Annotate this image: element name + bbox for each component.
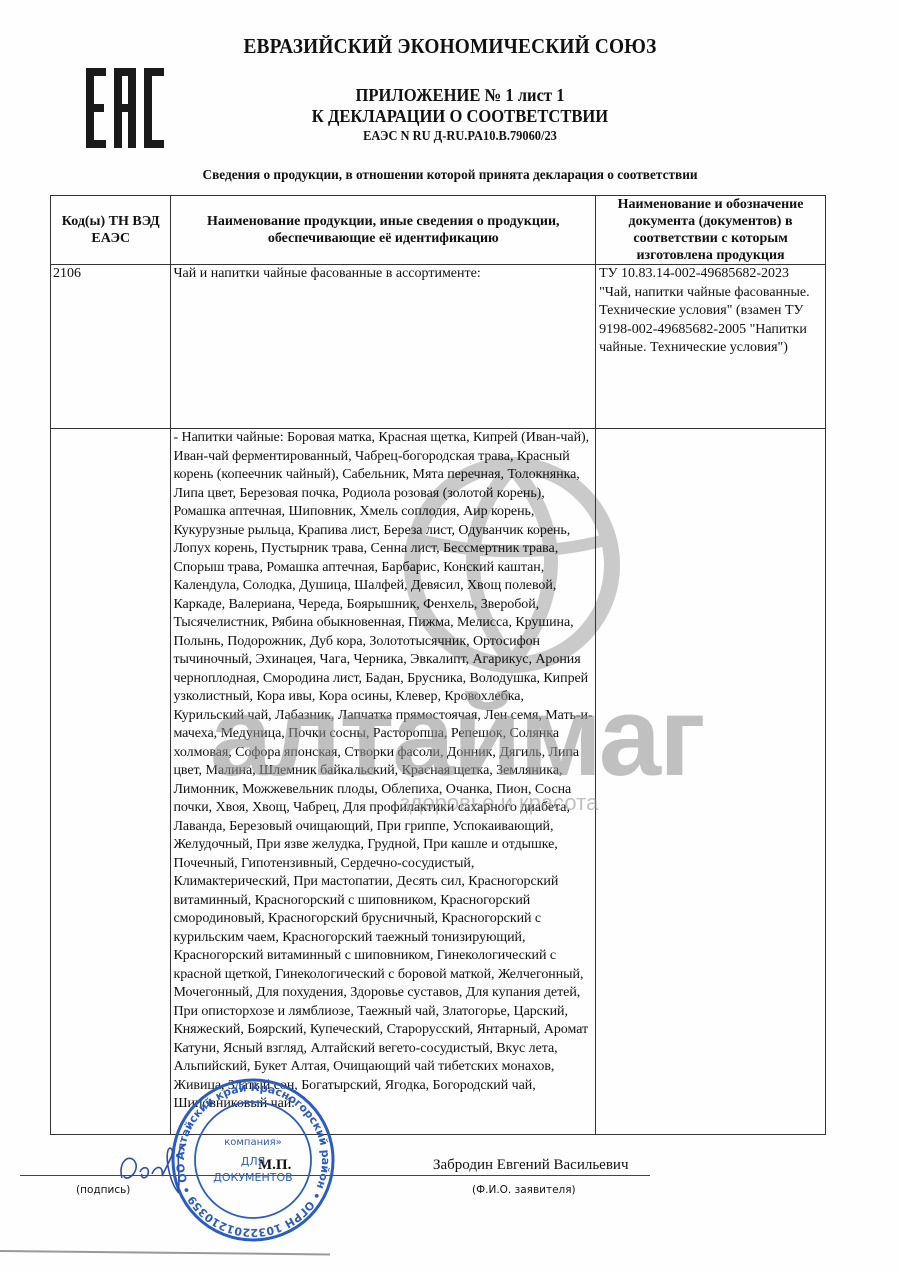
section-subtitle: Сведения о продукции, в отношении которо… xyxy=(23,168,878,184)
declaration-number: ЕАЭС N RU Д-RU.PA10.B.79060/23 xyxy=(258,127,663,145)
standard-doc-cell: ТУ 10.83.14-002-49685682-2023 "Чай, напи… xyxy=(596,265,826,429)
hs-code-cell xyxy=(51,429,171,1135)
table-header-row: Код(ы) ТН ВЭД ЕАЭС Наименование продукци… xyxy=(51,196,826,265)
declaration-annex-page: ЕВРАЗИЙСКИЙ ЭКОНОМИЧЕСКИЙ СОЮЗ ПРИЛОЖЕНИ… xyxy=(0,0,900,1274)
table-row: - Напитки чайные: Боровая матка, Красная… xyxy=(51,429,826,1135)
page-edge-line xyxy=(0,1250,330,1255)
header-hs-code: Код(ы) ТН ВЭД ЕАЭС xyxy=(51,196,171,265)
annex-title: ПРИЛОЖЕНИЕ № 1 лист 1 xyxy=(258,85,663,106)
header-product-name: Наименование продукции, иные сведения о … xyxy=(171,196,596,265)
svg-text:ДОКУМЕНТОВ: ДОКУМЕНТОВ xyxy=(213,1171,292,1184)
header-standard-doc: Наименование и обозначение документа (до… xyxy=(596,196,826,265)
standard-doc-cell xyxy=(596,429,826,1135)
name-caption: (Ф.И.О. заявителя) xyxy=(472,1184,576,1196)
applicant-name: Забродин Евгений Васильевич xyxy=(433,1157,628,1174)
hs-code-cell: 2106 xyxy=(51,265,171,429)
svg-text:ДЛЯ: ДЛЯ xyxy=(241,1155,266,1168)
product-description-cell: Чай и напитки чайные фасованные в ассорт… xyxy=(171,265,596,429)
eac-logo-icon xyxy=(84,66,166,150)
product-table: Код(ы) ТН ВЭД ЕАЭС Наименование продукци… xyxy=(50,195,826,1135)
annex-heading: ПРИЛОЖЕНИЕ № 1 лист 1 К ДЕКЛАРАЦИИ О СОО… xyxy=(240,85,680,145)
union-title: ЕВРАЗИЙСКИЙ ЭКОНОМИЧЕСКИЙ СОЮЗ xyxy=(36,34,864,59)
product-list-cell: - Напитки чайные: Боровая матка, Красная… xyxy=(171,429,596,1135)
svg-text:компания»: компания» xyxy=(224,1137,282,1148)
annex-subtitle: К ДЕКЛАРАЦИИ О СООТВЕТСТВИИ xyxy=(258,106,663,127)
table-row: 2106 Чай и напитки чайные фасованные в а… xyxy=(51,265,826,429)
signature-scribble-icon xyxy=(112,1130,202,1200)
